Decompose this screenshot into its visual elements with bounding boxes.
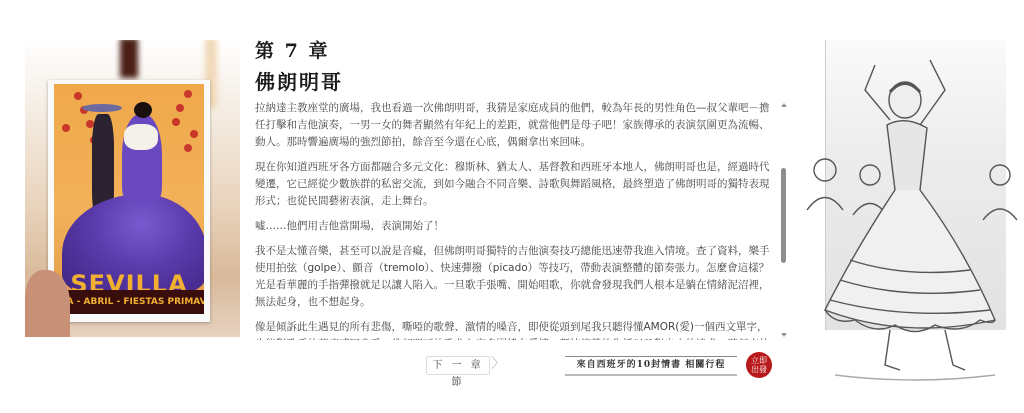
text-scrollbar[interactable] (779, 100, 789, 340)
chevron-right-icon[interactable]: 〉 (491, 356, 505, 373)
scrollbar-thumb[interactable] (781, 168, 786, 263)
decor-dot (190, 130, 198, 138)
decor-dot (74, 92, 82, 100)
article-text-scroll-area[interactable]: 拉納達主教座堂的廣場，我也看過一次佛朗明哥，我猜是家庭成員的他們，較為年長的男性… (255, 100, 775, 340)
decor-dot (172, 118, 180, 126)
poster-banner: 18A - ABRIL - FIESTAS PRIMAVERALES 1952 (54, 290, 204, 314)
scroll-down-arrow-icon[interactable] (781, 333, 787, 337)
dancer-hair (134, 102, 152, 118)
next-chapter-button[interactable]: 下 一 章 節 (426, 356, 490, 375)
scroll-up-arrow-icon[interactable] (781, 103, 787, 107)
background-blur (120, 40, 138, 78)
poster-art: SEVILLA 18A - ABRIL - FIESTAS PRIMAVERAL… (54, 84, 204, 314)
decor-dot (184, 90, 192, 98)
go-now-label-line2: 出發 (751, 365, 767, 374)
chapter-number: 第 7 章 (255, 36, 329, 63)
dancer-hat (82, 104, 122, 112)
flamenco-dancer-sketch (795, 20, 1020, 390)
paragraph: 像是傾訴此生遇見的所有悲傷，嘶啞的歌聲、激情的嗓音，即使從頭到尾我只聽得懂AMO… (255, 319, 775, 340)
paragraph: 現在你知道西班牙各方面都融合多元文化：穆斯林、猶太人、基督教和西班牙本地人，佛朗… (255, 159, 775, 210)
sevilla-postcard: SEVILLA 18A - ABRIL - FIESTAS PRIMAVERAL… (48, 80, 210, 322)
go-now-button[interactable]: 立即 出發 (746, 352, 772, 378)
flamenco-postcard-photo: SEVILLA 18A - ABRIL - FIESTAS PRIMAVERAL… (25, 40, 240, 337)
holding-hand (25, 270, 70, 337)
dancer-drawing-icon (795, 20, 1020, 390)
go-now-label-line1: 立即 (751, 356, 767, 365)
decor-dot (62, 124, 70, 132)
dancer-blouse (124, 124, 158, 150)
related-itinerary-link[interactable]: 來自西班牙的10封情書 相關行程 (565, 356, 737, 376)
decor-dot (176, 104, 184, 112)
paragraph: 我不是太懂音樂，甚至可以說是音癡，但佛朗明哥獨特的吉他演奏技巧總能迅速帶我進入情… (255, 243, 775, 311)
chapter-title: 佛朗明哥 (255, 66, 343, 95)
paragraph: 噓……他們用吉他當開場，表演開始了！ (255, 218, 775, 235)
decor-dot (184, 144, 192, 152)
paragraph: 拉納達主教座堂的廣場，我也看過一次佛朗明哥，我猜是家庭成員的他們，較為年長的男性… (255, 100, 775, 151)
